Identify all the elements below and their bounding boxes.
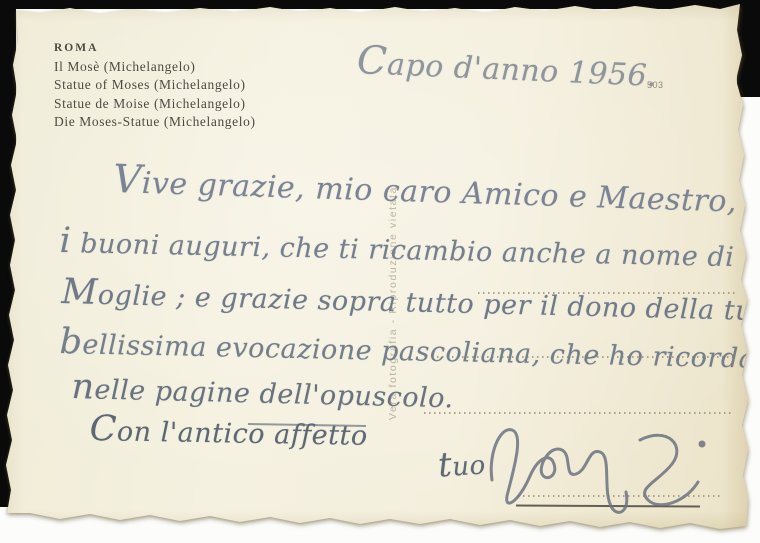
caption-english: Statue of Moses (Michelangelo) (54, 76, 256, 94)
address-rule-3 (424, 412, 732, 414)
caption-german: Die Moses-Statue (Michelangelo) (54, 113, 256, 131)
city-title: ROMA (54, 42, 256, 54)
postcard-shadow: ROMA Il Mosè (Michelangelo) Statue of Mo… (0, 0, 760, 543)
postcard-back: ROMA Il Mosè (Michelangelo) Statue of Mo… (0, 0, 760, 543)
handwritten-closing: Con l'antico affetto (89, 408, 368, 454)
printed-caption-block: ROMA Il Mosè (Michelangelo) Statue of Mo… (54, 42, 256, 131)
handwritten-line-1: Vive grazie, mio caro Amico e Maestro, p… (113, 157, 760, 224)
handwritten-line-2: i buoni auguri, che ti ricambio anche a … (59, 220, 760, 276)
handwritten-line-3: Moglie ; e grazie sopra tutto per il don… (61, 271, 760, 329)
handwritten-date: Capo d'anno 1956. (356, 38, 658, 96)
postcard-scan: ROMA Il Mosè (Michelangelo) Statue of Mo… (0, 0, 760, 543)
caption-french: Statue de Moise (Michelangelo) (54, 95, 256, 113)
signature-flourish (484, 416, 724, 521)
signature-prefix: tuo (437, 442, 487, 484)
caption-italian: Il Mosè (Michelangelo) (54, 58, 256, 76)
